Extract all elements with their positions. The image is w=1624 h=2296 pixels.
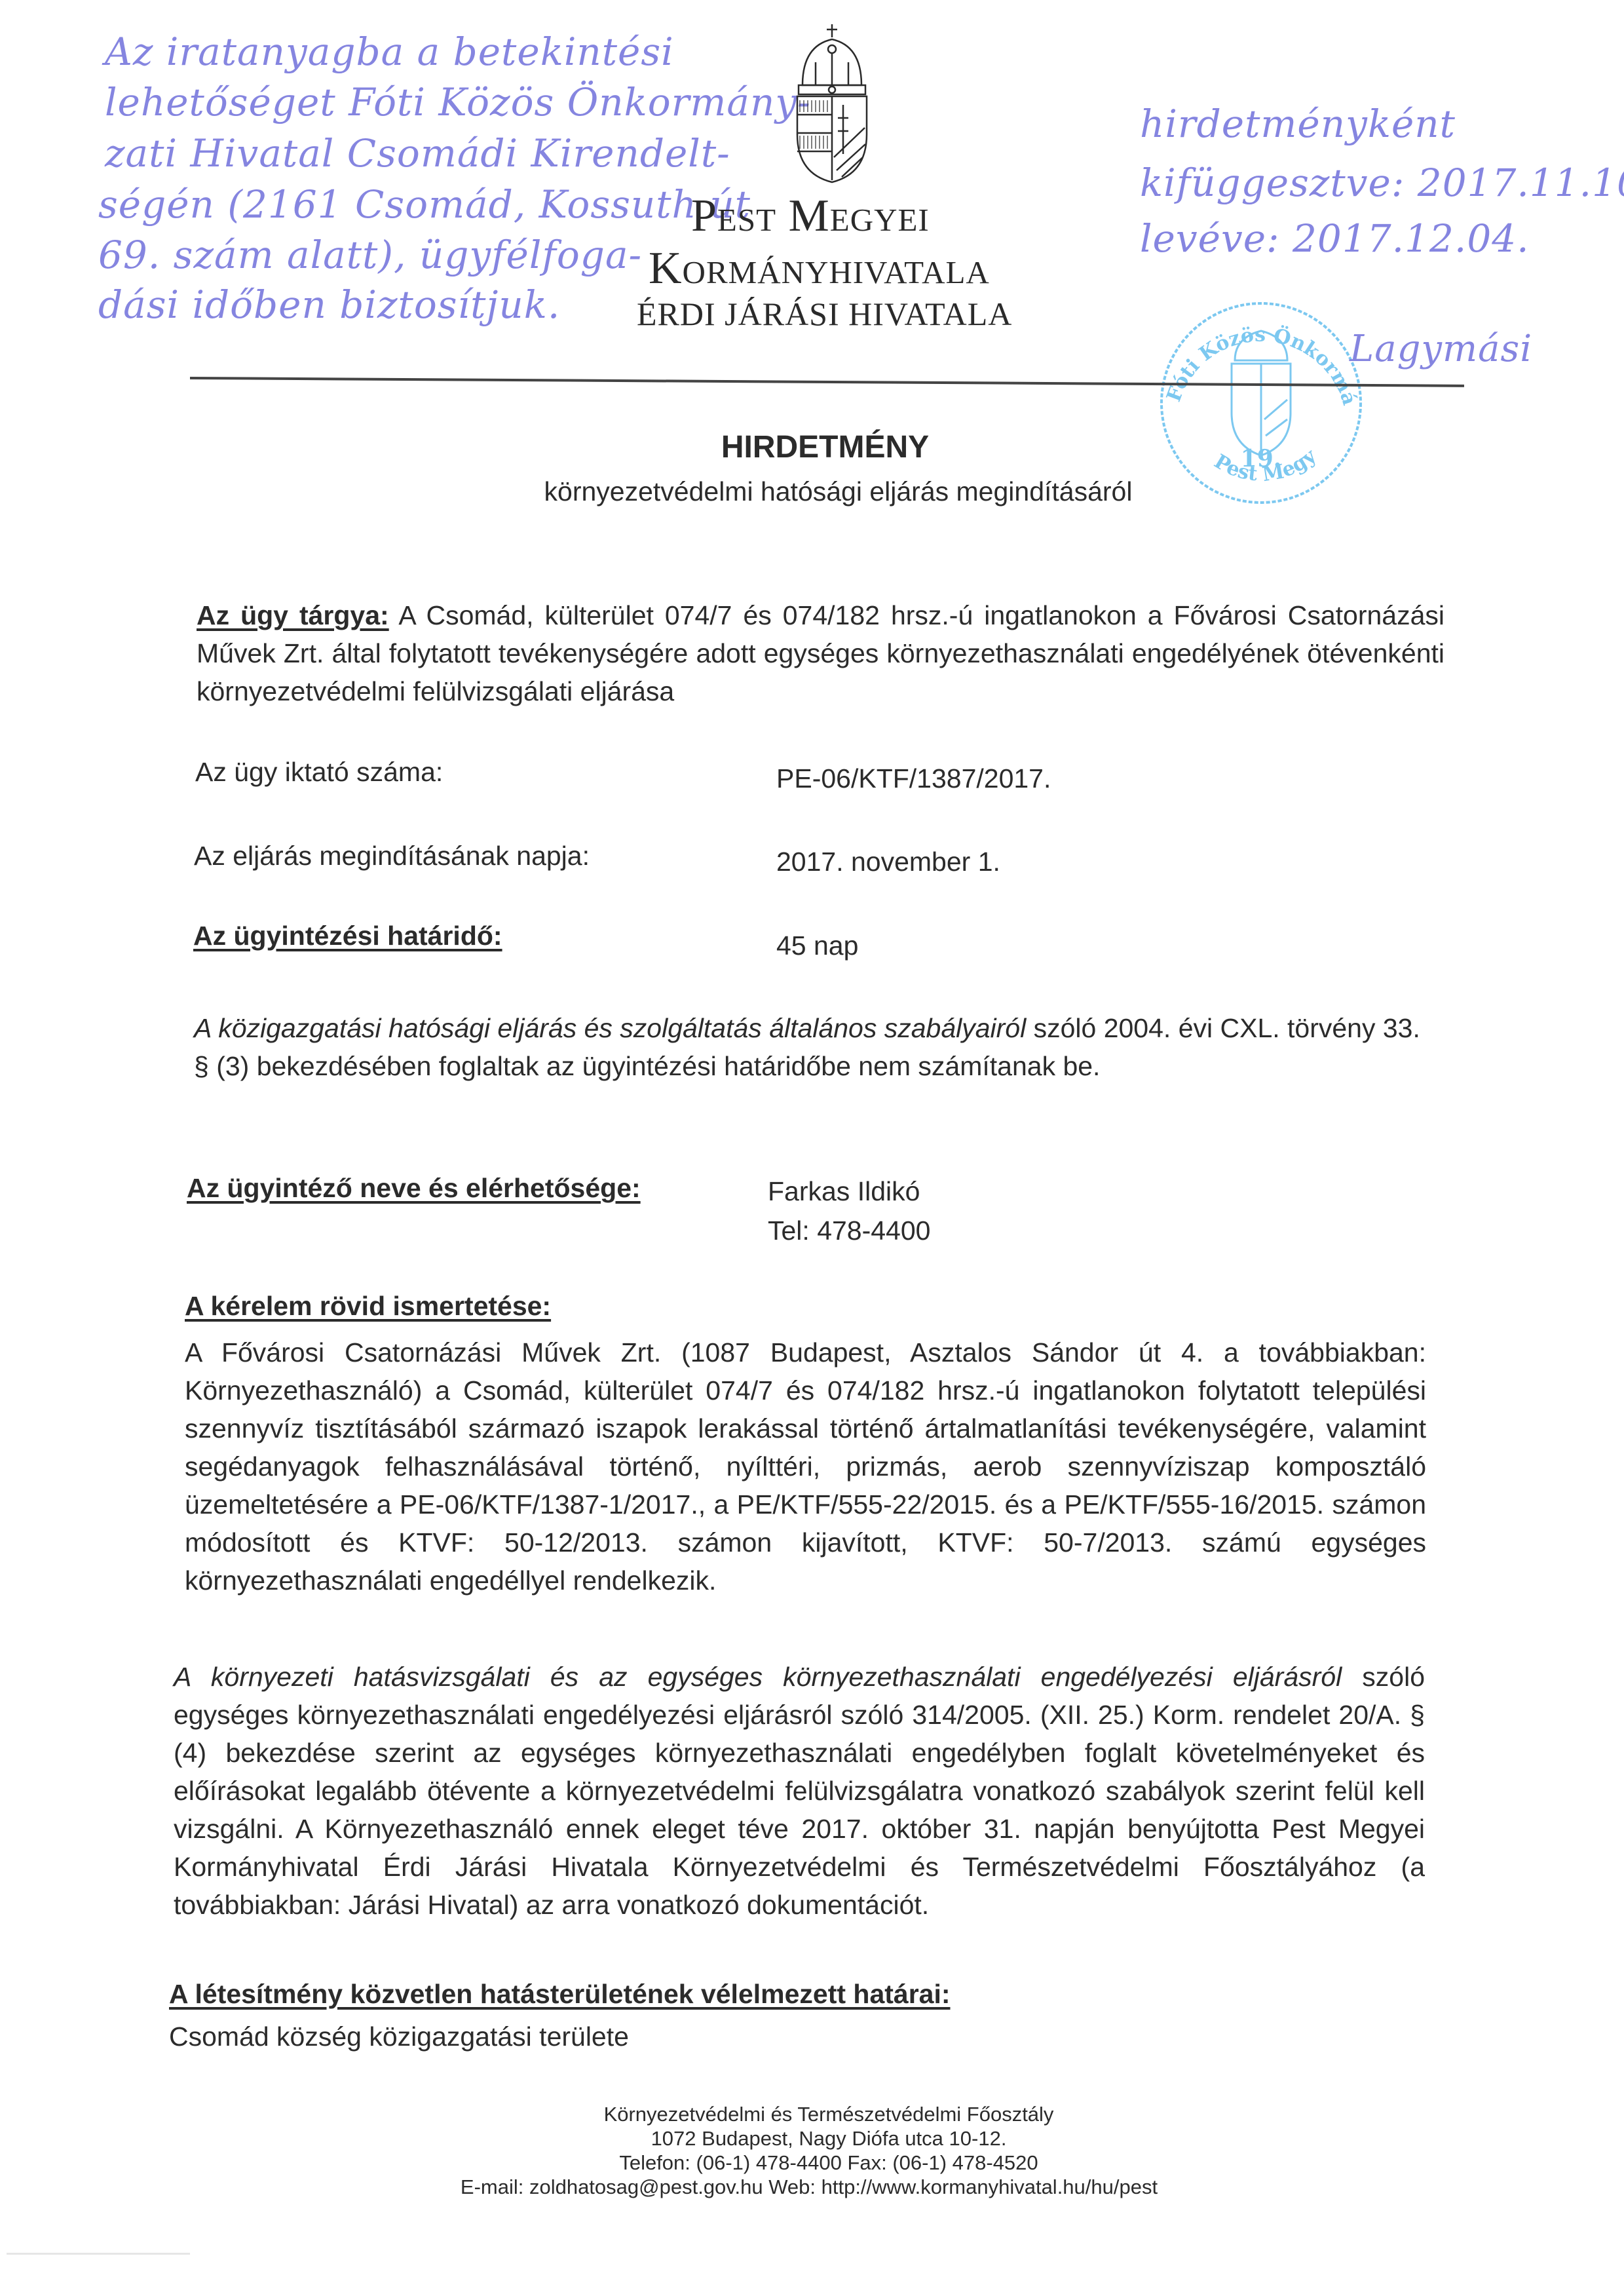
field-value-deadline: 45 nap [776,930,858,961]
page-title: HIRDETMÉNY [0,429,1624,465]
officer-phone: Tel: 478-4400 [768,1215,930,1246]
subject-paragraph: Az ügy tárgya: A Csomád, külterület 074/… [197,596,1445,710]
footer-email-web: E-mail: zoldhatosag@pest.gov.hu Web: htt… [367,2175,1251,2199]
handwritten-line: ségén (2161 Csomád, Kossuth út [98,185,751,223]
letterhead-line1: Pest Megyei [691,190,930,242]
svg-text:Fóti Közös Önkormányzati Hivat: Fóti Közös Önkormányzati Hivatal [1153,288,1361,408]
scan-artifact [7,2253,190,2255]
officer-name: Farkas Ildikó [768,1176,920,1207]
letterhead-line2: Kormányhivatala [649,242,990,295]
handwritten-line: lehetőséget Fóti Közös Önkormány- [105,83,811,121]
footer-phone-fax: Telefon: (06-1) 478-4400 Fax: (06-1) 478… [406,2151,1251,2175]
handwritten-line: zati Hivatal Csomádi Kirendelt- [105,134,730,172]
field-label-case-number: Az ügy iktató száma: [195,757,443,788]
legal-paragraph: A környezeti hatásvizsgálati és az egysé… [174,1658,1425,1924]
field-label-start-date: Az eljárás megindításának napja: [194,841,590,871]
page-subtitle: környezetvédelmi hatósági eljárás megind… [0,476,1624,507]
handwritten-line: levéve: 2017.12.04. [1140,220,1530,258]
footer-address: 1072 Budapest, Nagy Diófa utca 10-12. [406,2126,1251,2151]
deadline-note: A közigazgatási hatósági eljárás és szol… [194,1009,1432,1085]
footer: Környezetvédelmi és Természetvédelmi Főo… [406,2102,1251,2199]
deadline-note-italic: A közigazgatási hatósági eljárás és szol… [194,1013,1026,1043]
legal-paragraph-rest: szóló egységes környezethasználati enged… [174,1662,1425,1920]
letterhead-line3: Érdi Járási Hivatala [637,295,1012,333]
legal-paragraph-italic: A környezeti hatásvizsgálati és az egysé… [174,1662,1342,1692]
handwritten-line: dási időben biztosítjuk. [98,286,560,324]
request-text: A Fővárosi Csatornázási Művek Zrt. (1087… [185,1333,1426,1599]
signature: Lagymási [1350,331,1532,368]
field-value-start-date: 2017. november 1. [776,847,1000,877]
request-heading: A kérelem rövid ismertetése: [185,1291,551,1322]
handwritten-line: kifüggesztve: 2017.11.10. [1140,164,1624,202]
handwritten-line: hirdetményként [1140,105,1456,143]
field-value-case-number: PE-06/KTF/1387/2017. [776,763,1051,794]
handwritten-line: 69. szám alatt), ügyfélfoga- [98,236,642,274]
stamp-top-text: Fóti Közös Önkormányzati Hivatal [1153,288,1361,408]
hungarian-coat-of-arms-icon [789,23,875,183]
footer-department: Környezetvédelmi és Természetvédelmi Főo… [406,2102,1251,2126]
impact-area-heading: A létesítmény közvetlen hatásterületének… [169,1979,951,2010]
subject-label: Az ügy tárgya: [197,600,389,630]
field-label-deadline: Az ügyintézési határidő: [193,921,502,951]
officer-label: Az ügyintéző neve és elérhetősége: [187,1173,641,1204]
document-page: Az iratanyagba a betekintési lehetőséget… [0,0,1624,2296]
impact-area-text: Csomád község közigazgatási területe [169,2021,629,2052]
handwritten-line: Az iratanyagba a betekintési [105,33,674,71]
